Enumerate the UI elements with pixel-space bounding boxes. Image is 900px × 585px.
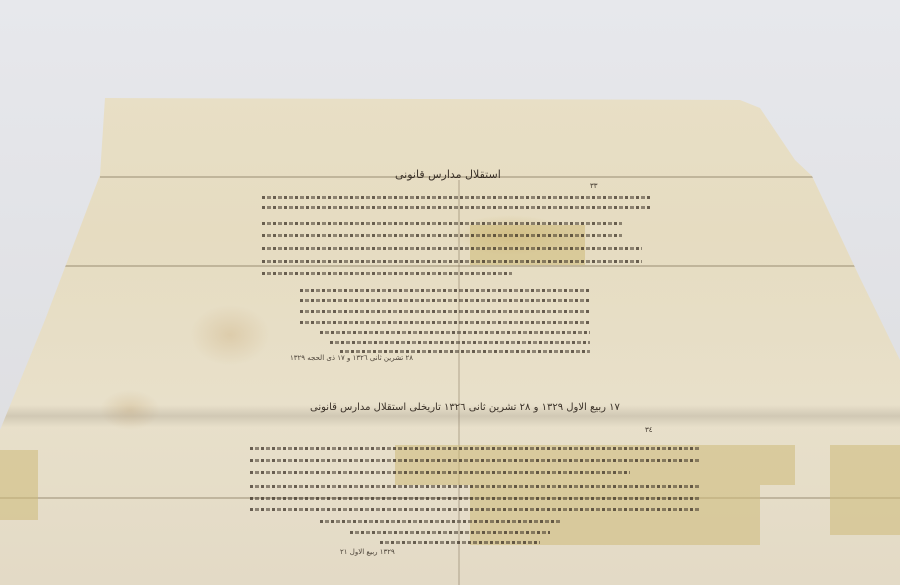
tape-repair (470, 485, 760, 545)
text-line (250, 497, 700, 500)
text-line (320, 331, 590, 334)
text-line (300, 289, 590, 292)
text-line (262, 196, 652, 199)
text-line (330, 341, 590, 344)
text-line (250, 471, 630, 474)
text-line (262, 247, 642, 250)
section-subtitle: ١٧ ربيع الاول ١٣٢٩ و ٢٨ تشرين ثانى ١٣٢٦ … (310, 402, 620, 413)
text-line (300, 321, 590, 324)
text-line (320, 520, 560, 523)
fold-line (60, 265, 860, 267)
document-date: ٢٨ تشرين ثانى ١٣٢٦ و ١٧ ذى الحجه ١٣٢٩ (290, 354, 413, 362)
text-line (380, 541, 540, 544)
tape-repair (830, 445, 900, 535)
tape-repair (470, 225, 585, 265)
tape-repair (395, 445, 795, 485)
document-title: استقلال مدارس قانونى (395, 168, 501, 181)
text-line (250, 447, 700, 450)
page-number: ٣٣ (590, 182, 598, 190)
text-line (340, 350, 590, 353)
tape-repair (0, 450, 38, 520)
text-line (300, 310, 590, 313)
document-paper: استقلال مدارس قانونى ٣٣ ٢٨ تشرين ثانى ١٣… (0, 0, 900, 585)
fold-line-vertical (458, 180, 460, 585)
text-line (300, 299, 590, 302)
text-line (262, 234, 622, 237)
page-number: ٣٤ (645, 426, 653, 434)
text-line (350, 531, 550, 534)
text-line (262, 260, 642, 263)
closing-date: ١٣٢٩ ربيع الاول ٢١ (340, 548, 395, 556)
text-line (262, 206, 652, 209)
text-line (262, 272, 512, 275)
text-line (250, 459, 700, 462)
text-line (250, 485, 700, 488)
photo-scene: استقلال مدارس قانونى ٣٣ ٢٨ تشرين ثانى ١٣… (0, 0, 900, 585)
text-line (250, 508, 700, 511)
text-line (262, 222, 622, 225)
